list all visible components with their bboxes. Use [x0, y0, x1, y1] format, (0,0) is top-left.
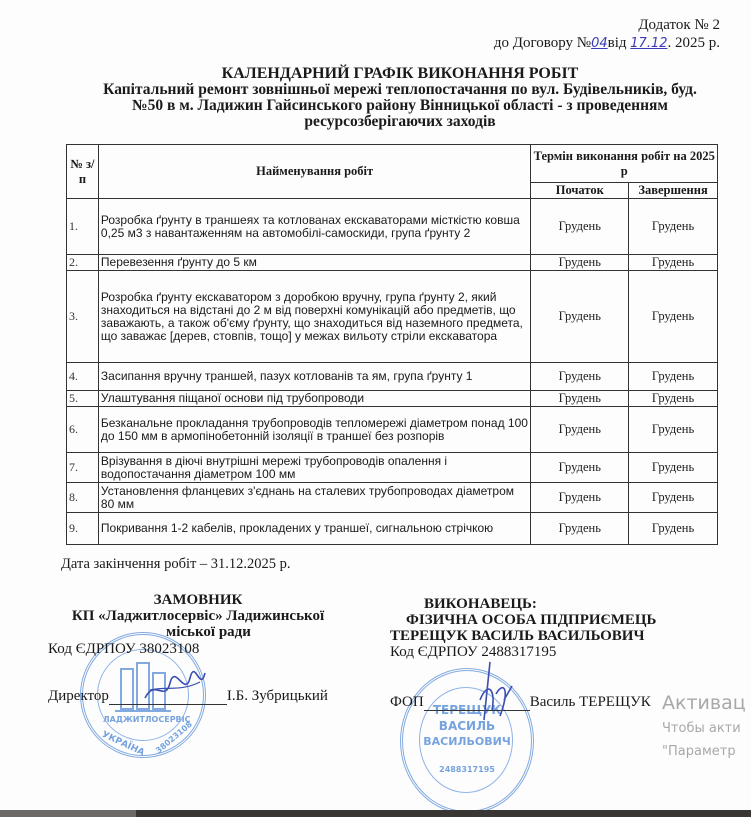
- contractor-name: ТЕРЕЩУК ВАСИЛЬ ВАСИЛЬОВИЧ: [390, 628, 710, 644]
- table-row: 7.Врізування в діючі внутрішні мережі тр…: [67, 453, 718, 483]
- work-name: Засипання вручну траншей, пазух котлован…: [98, 363, 531, 391]
- customer-role: ЗАМОВНИК: [48, 592, 348, 608]
- header-num: № з/п: [67, 145, 99, 199]
- end-month: Грудень: [629, 453, 718, 483]
- end-month: Грудень: [629, 513, 718, 545]
- start-month: Грудень: [531, 483, 629, 513]
- table-row: 3.Розробка ґрунту екскаватором з доробко…: [67, 271, 718, 363]
- contractor-role: ВИКОНАВЕЦЬ:: [390, 596, 710, 612]
- row-number: 3.: [67, 271, 99, 363]
- customer-position: Директор: [48, 688, 109, 704]
- row-number: 7.: [67, 453, 99, 483]
- work-name: Розробка ґрунту в траншеях та котлованах…: [98, 199, 531, 255]
- customer-org-line-1: КП «Ладжитлосервіс» Ладижинської: [48, 608, 348, 624]
- contractor-code: Код ЄДРПОУ 2488317195: [390, 644, 710, 660]
- contractor-type: ФІЗИЧНА ОСОБА ПІДПРИЄМЕЦЬ: [390, 612, 710, 628]
- table-row: 8.Установлення фланцевих з'єднань на ста…: [67, 483, 718, 513]
- customer-signature: [140, 668, 210, 708]
- end-month: Грудень: [629, 391, 718, 407]
- contractor-signatory: Василь ТЕРЕЩУК: [530, 694, 651, 710]
- end-date: Дата закінчення робіт – 31.12.2025 р.: [61, 556, 291, 573]
- taskbar[interactable]: [0, 810, 751, 817]
- customer-org-line-2: міської ради: [48, 624, 348, 640]
- table-row: 1.Розробка ґрунту в траншеях та котлован…: [67, 199, 718, 255]
- start-month: Грудень: [531, 255, 629, 271]
- row-number: 1.: [67, 199, 99, 255]
- row-number: 8.: [67, 483, 99, 513]
- contractor-block: ВИКОНАВЕЦЬ: ФІЗИЧНА ОСОБА ПІДПРИЄМЕЦЬ ТЕ…: [390, 596, 710, 660]
- row-number: 6.: [67, 407, 99, 453]
- end-month: Грудень: [629, 363, 718, 391]
- header-start: Початок: [531, 183, 629, 199]
- start-month: Грудень: [531, 363, 629, 391]
- work-name: Безканальне прокладання трубопроводів те…: [98, 407, 531, 453]
- works-schedule-table: № з/п Найменування робіт Термін виконанн…: [66, 144, 718, 545]
- activation-watermark-line-3: "Параметр: [662, 744, 736, 759]
- customer-signatory: І.Б. Зубрицький: [227, 688, 328, 704]
- table-row: 6.Безканальне прокладання трубопроводів …: [67, 407, 718, 453]
- contractor-position: ФОП: [390, 694, 424, 710]
- activation-watermark-line-2: Чтобы акти: [662, 721, 741, 736]
- title-main: КАЛЕНДАРНИЙ ГРАФІК ВИКОНАННЯ РОБІТ: [70, 66, 730, 82]
- start-month: Грудень: [531, 391, 629, 407]
- work-name: Установлення фланцевих з'єднань на стале…: [98, 483, 531, 513]
- work-name: Покривання 1-2 кабелів, прокладених у тр…: [98, 513, 531, 545]
- start-month: Грудень: [531, 513, 629, 545]
- start-month: Грудень: [531, 407, 629, 453]
- table-row: 2.Перевезення ґрунту до 5 кмГруденьГруде…: [67, 255, 718, 271]
- work-name: Перевезення ґрунту до 5 км: [98, 255, 531, 271]
- header-period: Термін виконання робіт на 2025 р: [531, 145, 718, 183]
- document-title: КАЛЕНДАРНИЙ ГРАФІК ВИКОНАННЯ РОБІТ Капіт…: [70, 66, 730, 130]
- end-month: Грудень: [629, 255, 718, 271]
- end-month: Грудень: [629, 407, 718, 453]
- contract-date-handwritten: 17.12: [630, 36, 667, 51]
- row-number: 9.: [67, 513, 99, 545]
- header-name: Найменування робіт: [98, 145, 531, 199]
- end-month: Грудень: [629, 483, 718, 513]
- work-name: Улаштування піщаної основи під трубопров…: [98, 391, 531, 407]
- work-name: Врізування в діючі внутрішні мережі труб…: [98, 453, 531, 483]
- contract-number-handwritten: 04: [591, 36, 608, 51]
- start-month: Грудень: [531, 199, 629, 255]
- appendix-number: Додаток № 2: [494, 16, 720, 34]
- row-number: 2.: [67, 255, 99, 271]
- customer-code: Код ЄДРПОУ 38023108: [48, 641, 348, 657]
- contractor-signature: [470, 660, 520, 730]
- row-number: 5.: [67, 391, 99, 407]
- activation-watermark-title: Активац: [662, 692, 746, 714]
- row-number: 4.: [67, 363, 99, 391]
- table-row: 4.Засипання вручну траншей, пазух котлов…: [67, 363, 718, 391]
- title-line-3: №50 в м. Ладижин Гайсинського району Він…: [70, 98, 730, 114]
- start-month: Грудень: [531, 271, 629, 363]
- title-line-4: ресурсозберігаючих заходів: [70, 114, 730, 130]
- contract-reference: до Договору №04від 17.12. 2025 р.: [494, 34, 720, 53]
- end-month: Грудень: [629, 199, 718, 255]
- header-end: Завершення: [629, 183, 718, 199]
- work-name: Розробка ґрунту екскаватором з доробкою …: [98, 271, 531, 363]
- document-page: Додаток № 2 до Договору №04від 17.12. 20…: [0, 0, 751, 810]
- appendix-header: Додаток № 2 до Договору №04від 17.12. 20…: [494, 16, 720, 53]
- table-row: 5.Улаштування піщаної основи під трубопр…: [67, 391, 718, 407]
- taskbar-segment[interactable]: [0, 810, 136, 817]
- end-month: Грудень: [629, 271, 718, 363]
- contractor-signature-row: ФОПВасиль ТЕРЕЩУК: [390, 694, 651, 711]
- title-line-2: Капітальний ремонт зовнішньої мережі теп…: [70, 82, 730, 98]
- start-month: Грудень: [531, 453, 629, 483]
- table-row: 9.Покривання 1-2 кабелів, прокладених у …: [67, 513, 718, 545]
- customer-block: ЗАМОВНИК КП «Ладжитлосервіс» Ладижинсько…: [48, 592, 348, 657]
